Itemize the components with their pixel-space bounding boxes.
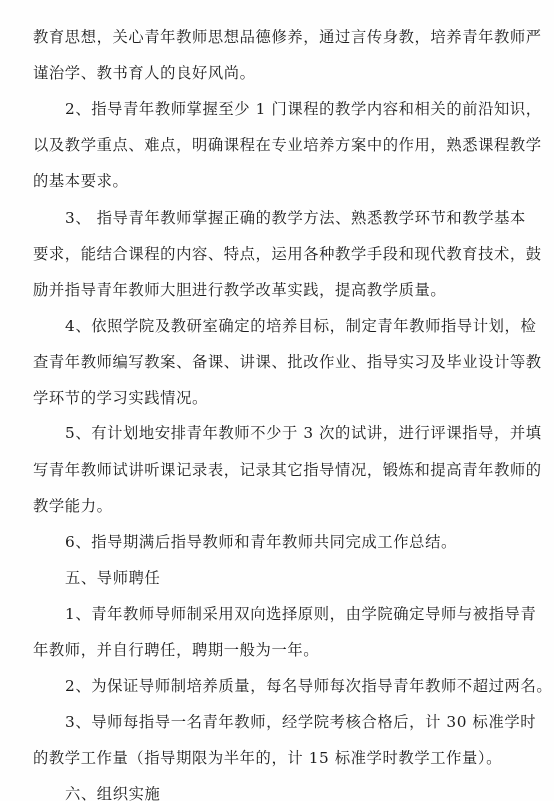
list-item-heading: 3、 指导青年教师掌握正确的教学方法、熟悉教学环节和教学基本 <box>65 207 523 229</box>
section-heading: 五、导师聘任 <box>65 567 554 589</box>
text-line: 写青年教师试讲听课记录表，记录其它指导情况，锻炼和提高青年教师的 <box>33 459 523 481</box>
text-line: 年教师，并自行聘任，聘期一般为一年。 <box>33 639 523 661</box>
document-page: 教育思想，关心青年教师思想品德修养，通过言传身教，培养青年教师严 谨治学、教书育… <box>0 0 554 801</box>
list-item-heading: 2、为保证导师制培养质量，每名导师每次指导青年教师不超过两名。 <box>65 675 523 697</box>
text-line: 的教学工作量（指导期限为半年的，计 15 标准学时教学工作量）。 <box>33 747 523 769</box>
text-line: 谨治学、教书育人的良好风尚。 <box>33 62 523 84</box>
list-item-heading: 5、有计划地安排青年教师不少于 3 次的试讲，进行评课指导，并填 <box>65 422 523 444</box>
list-item-heading: 2、指导青年教师掌握至少 1 门课程的教学内容和相关的前沿知识， <box>65 98 523 120</box>
list-item-heading: 3、导师每指导一名青年教师，经学院考核合格后，计 30 标准学时 <box>65 711 523 733</box>
text-line: 学环节的学习实践情况。 <box>33 387 523 409</box>
text-line: 查青年教师编写教案、备课、讲课、批改作业、指导实习及毕业设计等教 <box>33 351 523 373</box>
text-line: 以及教学重点、难点，明确课程在专业培养方案中的作用，熟悉课程教学 <box>33 134 523 156</box>
list-item-heading: 6、指导期满后指导教师和青年教师共同完成工作总结。 <box>65 531 554 553</box>
list-item-heading: 4、依照学院及教研室确定的培养目标，制定青年教师指导计划，检 <box>65 315 523 337</box>
text-line: 教育思想，关心青年教师思想品德修养，通过言传身教，培养青年教师严 <box>33 26 523 48</box>
text-line: 励并指导青年教师大胆进行教学改革实践，提高教学质量。 <box>33 279 523 301</box>
text-line: 要求，能结合课程的内容、特点，运用各种教学手段和现代教育技术，鼓 <box>33 243 523 265</box>
text-line: 教学能力。 <box>33 495 523 517</box>
text-line: 的基本要求。 <box>33 170 523 192</box>
section-heading: 六、组织实施 <box>65 783 554 801</box>
list-item-heading: 1、青年教师导师制采用双向选择原则，由学院确定导师与被指导青 <box>65 603 523 625</box>
